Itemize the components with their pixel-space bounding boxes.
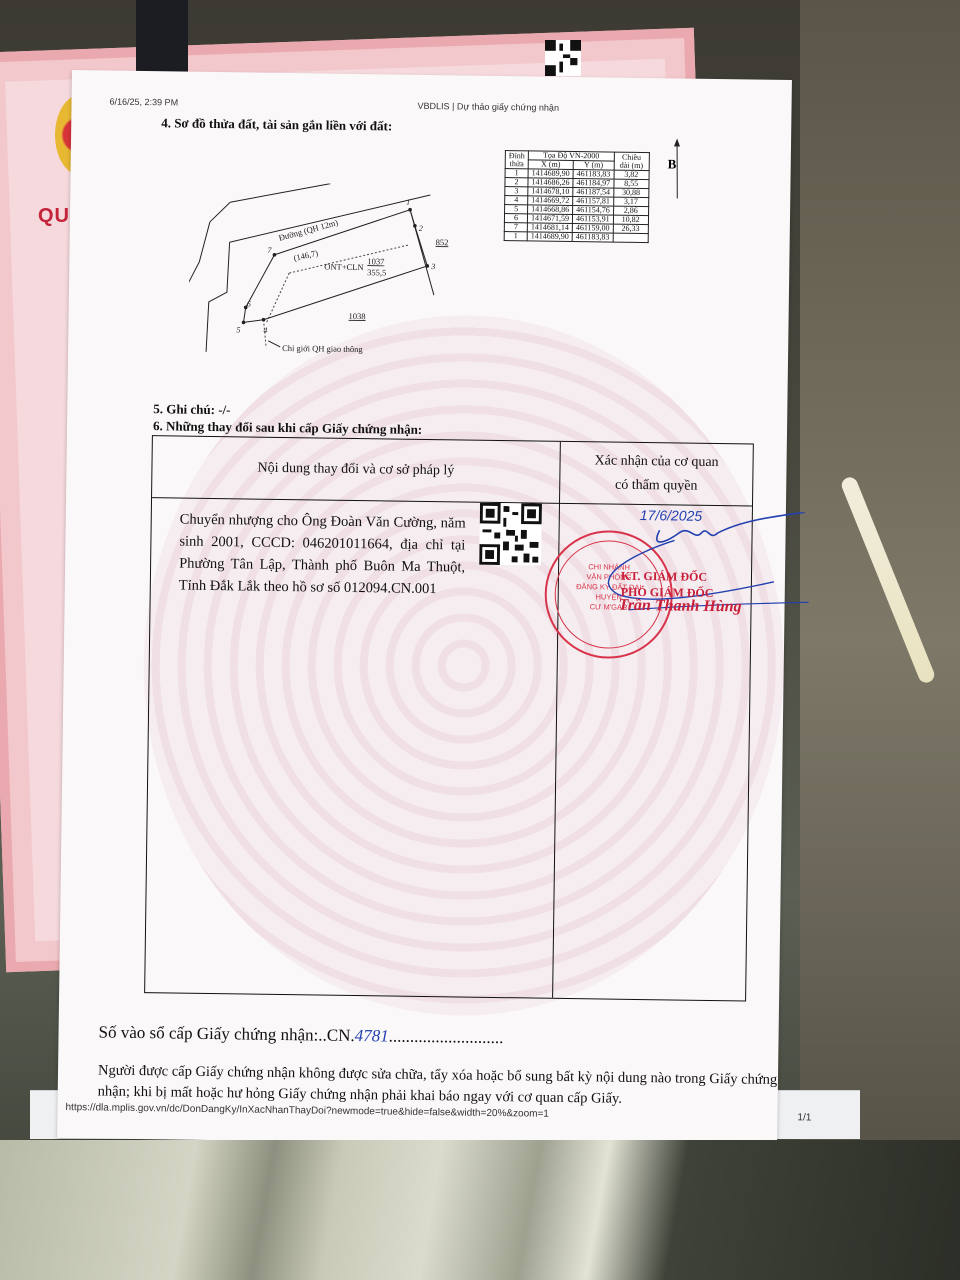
registration-label: Số vào sổ cấp Giấy chứng nhận:..CN. bbox=[98, 1022, 354, 1045]
vertex-5: 5 bbox=[236, 325, 240, 334]
signer-title-1: KT. GIÁM ĐỐC bbox=[621, 569, 707, 585]
vertex-4: 4 bbox=[263, 326, 267, 335]
coordinate-cell-x: 1414689,90 bbox=[527, 232, 572, 242]
road-width-label: (146,7) bbox=[293, 248, 320, 263]
change-entry-text: Chuyển nhượng cho Ông Đoàn Văn Cường, nă… bbox=[179, 509, 466, 601]
parcel-label: ONT+CLN bbox=[324, 262, 363, 273]
north-label: B bbox=[668, 156, 677, 172]
document-page: 6/16/25, 2:39 PM VBDLIS | Dự thảo giấy c… bbox=[57, 70, 792, 1148]
print-datetime: 6/16/25, 2:39 PM bbox=[109, 97, 178, 108]
change-entry-confirmation: CHI NHÁNH VĂN PHÒNG ĐĂNG KÝ ĐẤT ĐAI HUYỆ… bbox=[553, 504, 752, 1001]
coordinate-cell-length bbox=[613, 233, 648, 242]
boundary-label: Chỉ giới QH giao thông bbox=[282, 343, 363, 354]
col-length: Chiều dài (m) bbox=[614, 152, 649, 170]
col-confirm-header-line1: Xác nhận của cơ quan bbox=[594, 449, 718, 475]
change-entry-content: Chuyển nhượng cho Ông Đoàn Văn Cường, nă… bbox=[145, 498, 560, 998]
coordinate-table: Đỉnh thửa Tọa Độ VN-2000 Chiều dài (m) X… bbox=[504, 150, 650, 243]
vertex-3: 3 bbox=[430, 262, 435, 271]
col-content-header-text: Nội dung thay đổi và cơ sở pháp lý bbox=[257, 460, 454, 479]
section4-heading: 4. Sơ đồ thửa đất, tài sản gắn liền với … bbox=[161, 115, 392, 134]
parcel-number: 1037 bbox=[367, 256, 384, 266]
desk-background bbox=[800, 0, 960, 1280]
registration-number: Số vào sổ cấp Giấy chứng nhận:..CN.4781.… bbox=[98, 1022, 503, 1048]
neighbor-852: 852 bbox=[436, 237, 449, 247]
col-content-header: Nội dung thay đổi và cơ sở pháp lý bbox=[152, 436, 561, 504]
back-qr-code-icon bbox=[544, 40, 582, 76]
qr-code-icon bbox=[479, 503, 542, 566]
col-confirm-header-line2: có thẩm quyền bbox=[615, 473, 698, 498]
signer-name: Trần Thanh Hùng bbox=[618, 597, 741, 617]
neighbor-1038: 1038 bbox=[349, 311, 366, 321]
print-title: VBDLIS | Dự thảo giấy chứng nhận bbox=[417, 101, 559, 113]
coordinate-cell-length: 26,33 bbox=[613, 224, 648, 233]
coordinate-row: 11414689,90461183,83 bbox=[504, 232, 648, 243]
coordinate-cell-y: 461183,83 bbox=[572, 233, 613, 243]
parcel-diagram: 1 2 3 4 5 6 7 Đường (QH 12m) (146,7) ONT… bbox=[188, 182, 491, 386]
coordinate-cell-vertex: 1 bbox=[504, 232, 527, 241]
binder-clip bbox=[136, 0, 188, 72]
changes-table: Nội dung thay đổi và cơ sở pháp lý Xác n… bbox=[144, 435, 754, 1001]
vertex-1: 1 bbox=[406, 198, 410, 207]
vertex-7: 7 bbox=[267, 246, 272, 255]
section5-heading: 5. Ghi chú: -/- bbox=[153, 401, 231, 418]
road-label: Đường (QH 12m) bbox=[278, 217, 340, 243]
vertex-2: 2 bbox=[419, 224, 423, 233]
registration-handwritten-number: 4781 bbox=[355, 1026, 389, 1045]
registration-dots: ........................... bbox=[389, 1027, 504, 1048]
col-confirm-header: Xác nhận của cơ quan có thẩm quyền bbox=[560, 442, 753, 507]
page-number: 1/1 bbox=[797, 1112, 811, 1123]
parcel-area: 355,5 bbox=[367, 267, 386, 277]
col-vertex: Đỉnh thửa bbox=[505, 151, 528, 169]
vertex-6: 6 bbox=[247, 299, 251, 308]
fabric-background bbox=[0, 1140, 960, 1280]
